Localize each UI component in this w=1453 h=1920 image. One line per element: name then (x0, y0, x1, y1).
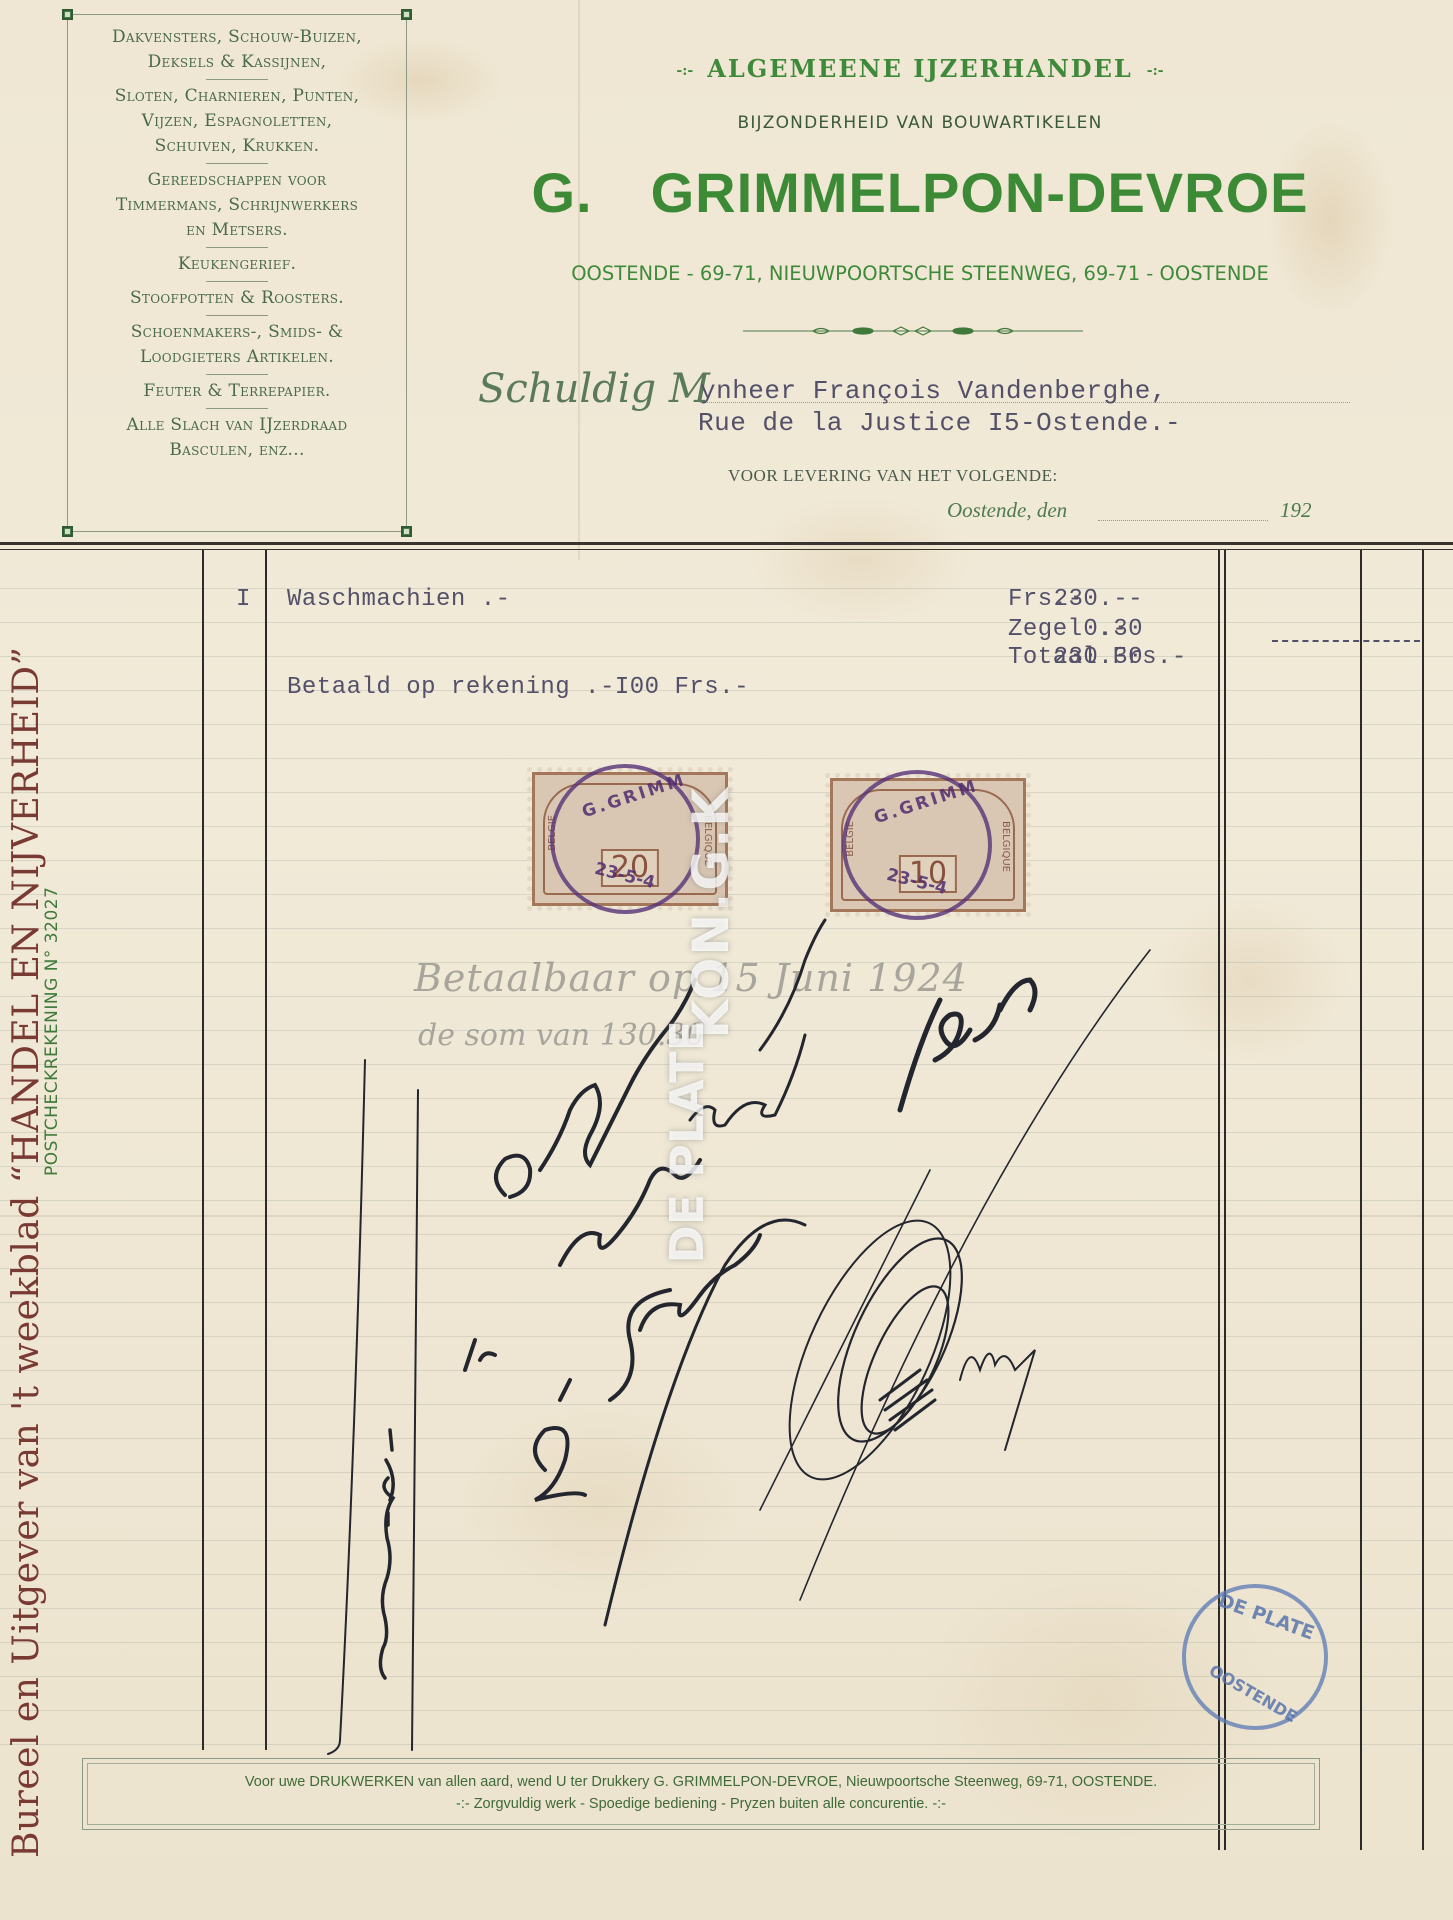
ornament-icon: -:- (1147, 63, 1164, 79)
tagline: -:-ALGEMEENE IJZERHANDEL-:- (460, 54, 1380, 83)
product-group: Dakvensters, Schouw-Buizen,Deksels & Kas… (68, 25, 406, 75)
date-dotted-line (1098, 520, 1268, 521)
watermark: KON.G.K (682, 786, 740, 1039)
list-separator (206, 315, 268, 316)
product-line: Alle Slach van IJzerdraad (68, 413, 406, 438)
product-line: Vijzen, Espagnoletten, (68, 109, 406, 134)
customer-name: ynheer François Vandenberghe, (700, 376, 1167, 406)
footer-printing-ad: Voor uwe DRUKWERKEN van allen aard, wend… (82, 1774, 1320, 1790)
product-line: Gereedschappen voor (68, 168, 406, 193)
product-line: Deksels & Kassijnen, (68, 50, 406, 75)
date-year: 192 (1280, 498, 1312, 523)
ornament-divider-icon (743, 326, 1083, 336)
product-group: Gereedschappen voorTimmermans, Schrijnwe… (68, 168, 406, 243)
list-separator (206, 163, 268, 164)
postmark-text: G.GRIMM (580, 770, 689, 823)
watermark: DE PLATE (660, 1020, 714, 1263)
column-divider (265, 550, 267, 1750)
owed-label: Schuldig M (478, 366, 710, 412)
product-line: Sloten, Charnieren, Punten, (68, 84, 406, 109)
list-separator (206, 79, 268, 80)
product-group: Alle Slach van IJzerdraadBasculen, enz..… (68, 413, 406, 463)
item-quantity: I (236, 586, 251, 613)
product-line: Schuiven, Krukken. (68, 134, 406, 159)
tagline-text: ALGEMEENE IJZERHANDEL (707, 54, 1133, 83)
customer-address: Rue de la Justice I5-Ostende.- (698, 408, 1181, 438)
list-separator (206, 247, 268, 248)
postmark-date: 23-5-4 (592, 859, 656, 893)
product-line: en Metsers. (68, 218, 406, 243)
collector-stamp: DE PLATE OOSTENDE (1182, 1584, 1328, 1730)
column-divider (202, 550, 204, 1750)
corner-ornament-icon (62, 9, 73, 20)
company-initial: G. (531, 161, 592, 224)
column-divider (1360, 550, 1362, 1850)
product-group: Feuter & Terrepapier. (68, 379, 406, 404)
product-line: Basculen, enz... (68, 438, 406, 463)
corner-ornament-icon (401, 526, 412, 537)
product-group: Sloten, Charnieren, Punten,Vijzen, Espag… (68, 84, 406, 159)
item-description: Waschmachien .- (287, 586, 511, 613)
ornament-icon: -:- (676, 63, 693, 79)
owed-label-text: Schuldig M (478, 366, 710, 412)
list-separator (206, 374, 268, 375)
footer-box (82, 1758, 1320, 1830)
stamp-side-text: BELGIQUE (1000, 821, 1011, 872)
product-line: Dakvensters, Schouw-Buizen, (68, 25, 406, 50)
product-line: Schoenmakers-, Smids- & (68, 320, 406, 345)
fold-crease (0, 1215, 1453, 1217)
cancellation-postmark: G.GRIMM 23-5-4 (842, 770, 992, 920)
corner-ornament-icon (62, 526, 73, 537)
product-list-box: Dakvensters, Schouw-Buizen,Deksels & Kas… (67, 14, 407, 532)
postmark-date: 23-5-4 (884, 865, 948, 899)
specialty: BIJZONDERHEID VAN BOUWARTIKELEN (460, 113, 1380, 133)
cancellation-postmark: G.GRIMM 23-5-4 (550, 764, 700, 914)
total-amount: 230.30 (983, 644, 1143, 671)
product-line: Stoofpotten & Roosters. (68, 286, 406, 311)
delivery-label: VOOR LEVERING VAN HET VOLGENDE: (728, 466, 1058, 486)
collector-stamp-bottom: OOSTENDE (1206, 1661, 1301, 1727)
product-group: Keukengerief. (68, 252, 406, 277)
ruled-lines (0, 555, 1453, 1745)
sum-underline (1272, 640, 1420, 642)
list-separator (206, 408, 268, 409)
table-top-rule-thin (0, 549, 1453, 550)
corner-ornament-icon (401, 9, 412, 20)
product-group: Stoofpotten & Roosters. (68, 286, 406, 311)
list-separator (206, 281, 268, 282)
postmark-text: G.GRIMM (872, 776, 981, 829)
item-amount: 230.-- (983, 586, 1143, 613)
company-name: G.GRIMMELPON-DEVROE (460, 160, 1380, 225)
column-divider (1422, 550, 1424, 1850)
stamp-duty-amount: 0.30 (983, 616, 1143, 643)
publisher-side-text: Bureel en Uitgever van 't weekblad “HAND… (6, 646, 47, 1858)
product-group: Schoenmakers-, Smids- &Loodgieters Artik… (68, 320, 406, 370)
product-line: Loodgieters Artikelen. (68, 345, 406, 370)
product-line: Feuter & Terrepapier. (68, 379, 406, 404)
company-name-text: GRIMMELPON-DEVROE (651, 161, 1309, 224)
table-top-rule (0, 542, 1453, 545)
giro-account-text: POSTCHECKREKENING N° 32027 (42, 887, 62, 1176)
date-label: Oostende, den (947, 498, 1067, 523)
product-line: Timmermans, Schrijnwerkers (68, 193, 406, 218)
payment-note: Betaald op rekening .-I00 Frs.- (287, 674, 749, 701)
product-line: Keukengerief. (68, 252, 406, 277)
footer-slogan: -:- Zorgvuldig werk - Spoedige bediening… (82, 1796, 1320, 1812)
company-address: OOSTENDE - 69-71, NIEUWPOORTSCHE STEENWE… (460, 262, 1380, 285)
product-groups: Dakvensters, Schouw-Buizen,Deksels & Kas… (68, 15, 406, 463)
